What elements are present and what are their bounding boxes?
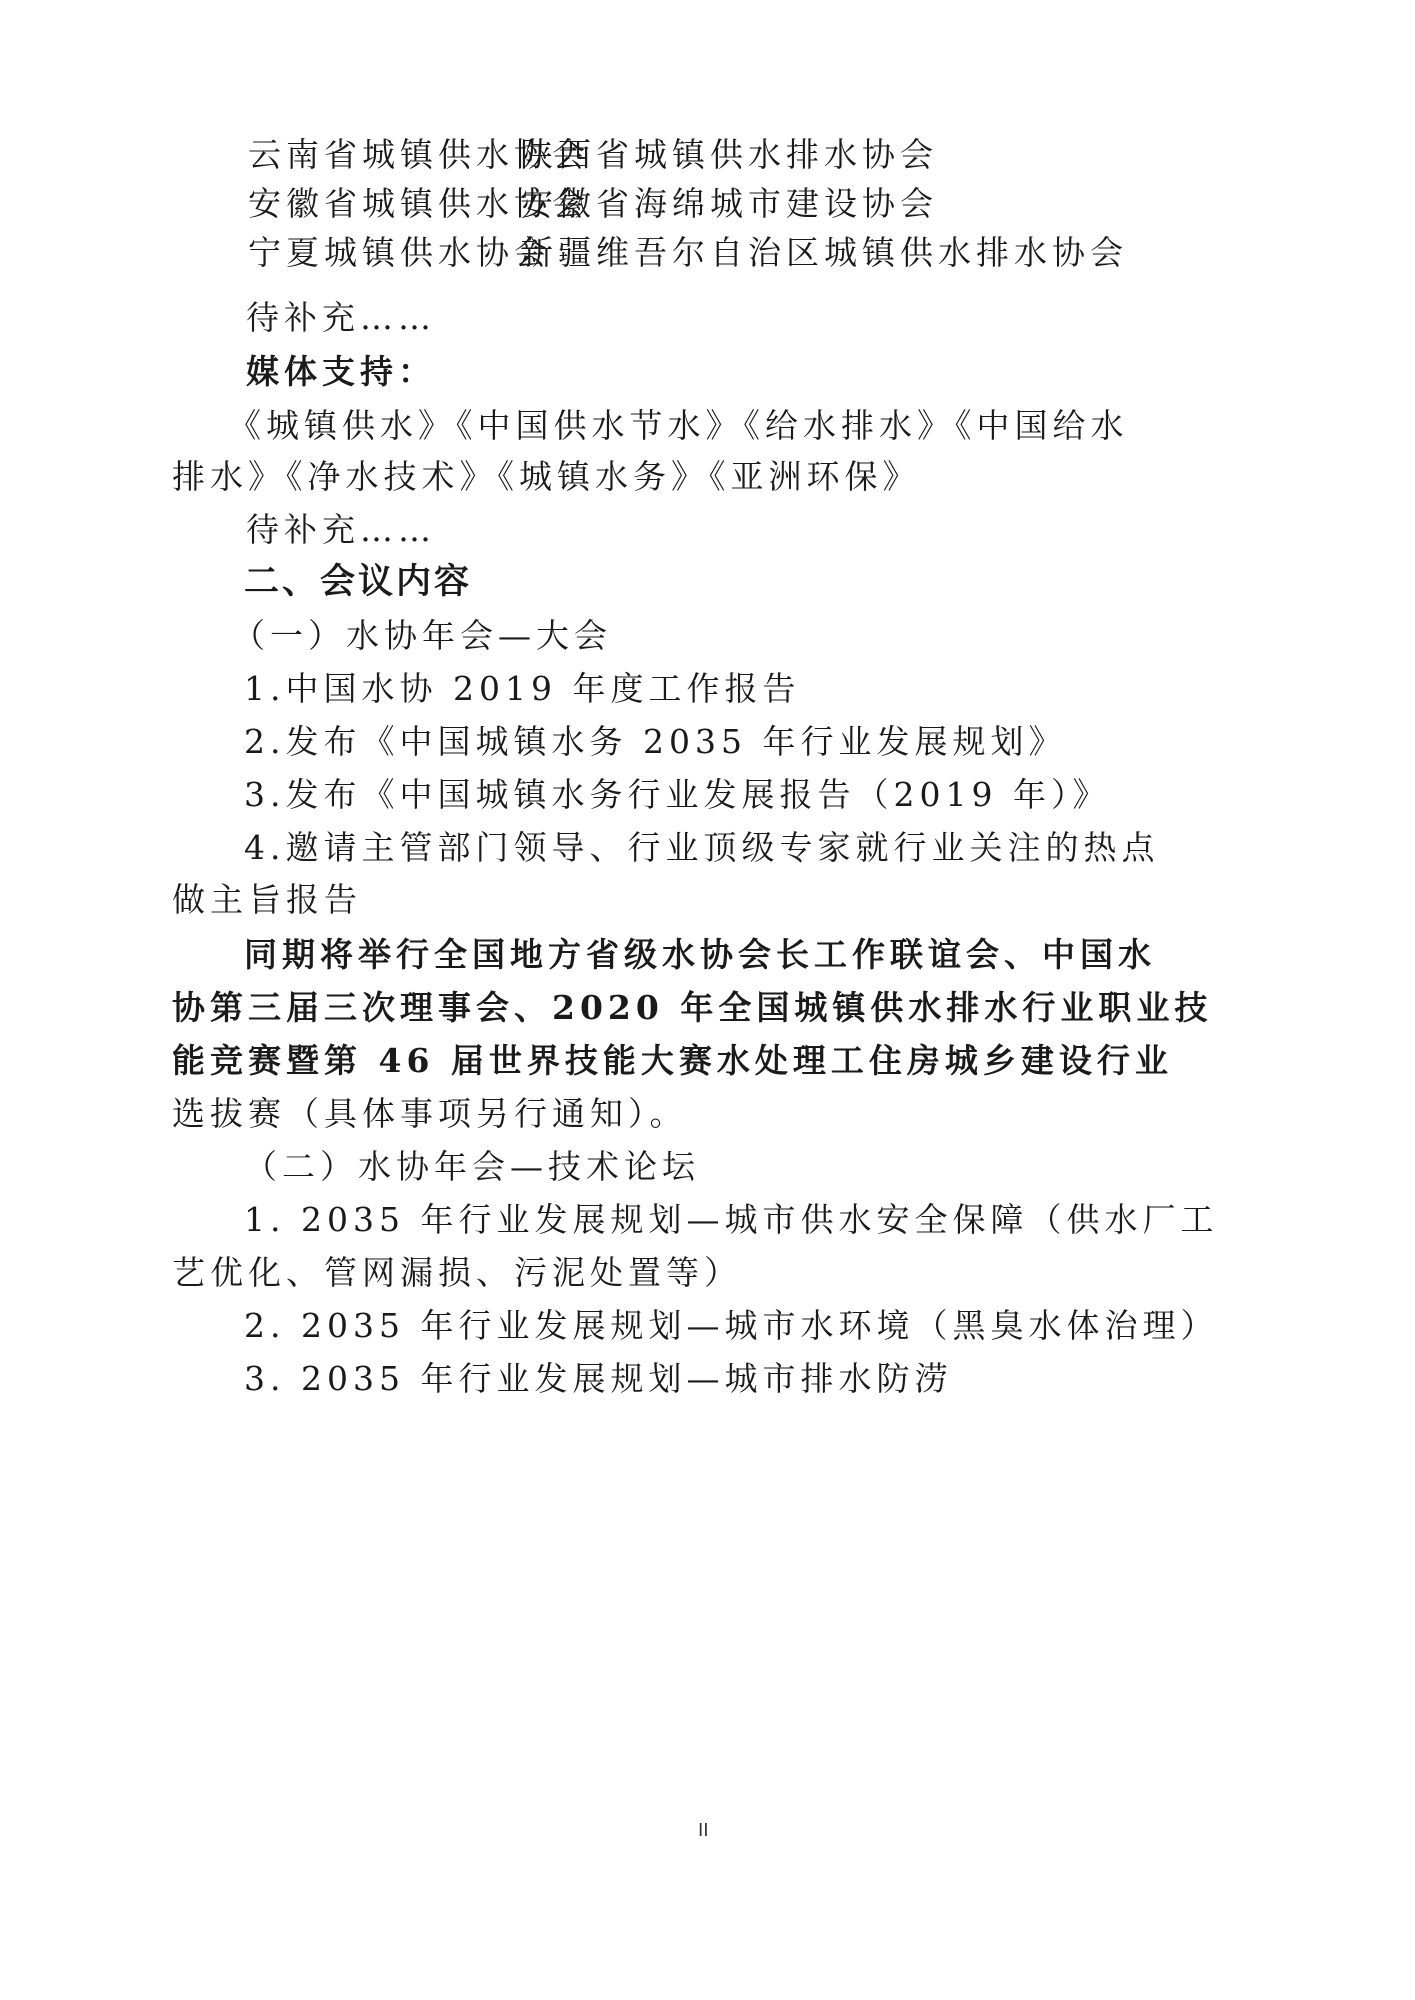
forum-item-3: 3. 2035 年行业发展规划—城市排水防涝	[244, 1359, 952, 1399]
forum-item-2: 2. 2035 年行业发展规划—城市水环境（黑臭水体治理）	[244, 1306, 1218, 1346]
page-number: II	[698, 1820, 709, 1841]
agenda-item-4-cont: 做主旨报告	[172, 880, 362, 920]
forum-item-1-cont: 艺优化、管网漏损、污泥处置等）	[172, 1253, 742, 1293]
agenda-item-4: 4.邀请主管部门领导、行业顶级专家就行业关注的热点	[244, 828, 1160, 868]
tbd-text-2: 待补充……	[246, 510, 436, 550]
concurrent-line-3: 能竞赛暨第 46 届世界技能大赛水处理工住房城乡建设行业	[172, 1041, 1173, 1081]
document-page: 云南省城镇供水协会 陕西省城镇供水排水协会 安徽省城镇供水协会 安徽省海绵城市建…	[0, 0, 1415, 2000]
section-heading-meeting-content: 二、会议内容	[244, 562, 472, 602]
org-right-2: 安徽省海绵城市建设协会	[520, 184, 938, 224]
agenda-item-1: 1.中国水协 2019 年度工作报告	[244, 669, 800, 709]
forum-item-1: 1. 2035 年行业发展规划—城市供水安全保障（供水厂工	[244, 1200, 1218, 1240]
org-left-3: 宁夏城镇供水协会	[248, 233, 552, 273]
subsection-heading-conference: （一）水协年会—大会	[232, 616, 612, 656]
media-support-label: 媒体支持：	[246, 352, 436, 392]
media-list-line-1: 《城镇供水》《中国供水节水》《给水排水》《中国给水	[228, 406, 1129, 446]
concurrent-line-2: 协第三届三次理事会、2020 年全国城镇供水排水行业职业技	[172, 988, 1212, 1028]
org-right-1: 陕西省城镇供水排水协会	[520, 135, 938, 175]
org-right-3: 新疆维吾尔自治区城镇供水排水协会	[520, 233, 1128, 273]
agenda-item-3: 3.发布《中国城镇水务行业发展报告（2019 年）》	[244, 775, 1110, 815]
subsection-heading-tech-forum: （二）水协年会—技术论坛	[244, 1147, 700, 1187]
concurrent-line-1: 同期将举行全国地方省级水协会长工作联谊会、中国水	[244, 935, 1156, 975]
media-list-line-2: 排水》《净水技术》《城镇水务》《亚洲环保》	[172, 457, 921, 497]
tbd-text-1: 待补充……	[246, 298, 436, 338]
concurrent-line-4: 选拔赛（具体事项另行通知）。	[172, 1094, 688, 1134]
agenda-item-2: 2.发布《中国城镇水务 2035 年行业发展规划》	[244, 722, 1066, 762]
